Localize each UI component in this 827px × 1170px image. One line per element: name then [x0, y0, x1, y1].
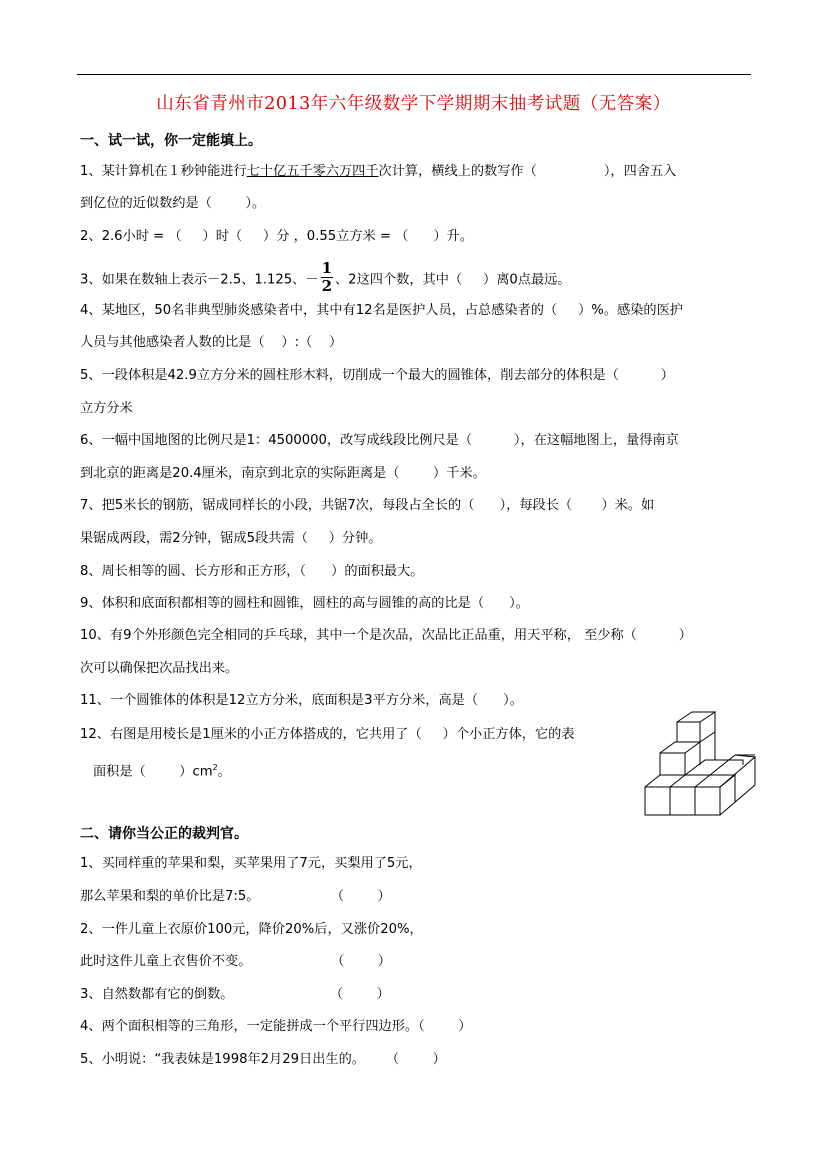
question-10-line-2: 次可以确保把次品找出来。 — [80, 661, 238, 677]
question-3: 3、如果在数轴上表示－2.5、1.125、－12、2这四个数，其中（ ）离0点最… — [80, 262, 571, 297]
page-title: 山东省青州市2013年六年级数学下学期期末抽考试题（无答案） — [0, 90, 827, 115]
judge-item-3: 3、自然数都有它的倒数。 （ ） — [80, 987, 390, 1003]
question-5-line-1: 5、一段体积是42.9立方分米的圆柱形木料，切削成一个最大的圆锥体，削去部分的体… — [80, 368, 674, 384]
question-4-line-1: 4、某地区，50名非典型肺炎感染者中，其中有12名是医护人员，占总感染者的（ ）… — [80, 303, 683, 319]
question-6-line-1: 6、一幅中国地图的比例尺是1：4500000，改写成线段比例尺是（ ），在这幅地… — [80, 433, 679, 449]
section2-heading: 二、请你当公正的裁判官。 — [80, 823, 248, 843]
question-9: 9、体积和底面积都相等的圆柱和圆锥，圆柱的高与圆锥的高的比是（ ）。 — [80, 596, 529, 612]
question-7-line-2: 果锯成两段，需2分钟，锯成5段共需（ ）分钟。 — [80, 531, 382, 547]
judge-item-4: 4、两个面积相等的三角形，一定能拼成一个平行四边形。（ ） — [80, 1019, 471, 1035]
question-6-line-2: 到北京的距离是20.4厘米，南京到北京的实际距离是（ ）千米。 — [80, 466, 486, 482]
judge-item-1-line-2: 那么苹果和梨的单价比是7:5。 （ ） — [80, 889, 391, 905]
section1-heading: 一、试一试，你一定能填上。 — [80, 130, 262, 150]
question-1-line-2: 到亿位的近似数约是（ ）。 — [80, 196, 265, 212]
judge-item-2-line-2: 此时这件儿童上衣售价不变。 （ ） — [80, 954, 391, 970]
fraction-one-half: 12 — [321, 260, 333, 295]
question-7-line-1: 7、把5米长的钢筋，锯成同样长的小段，共锯7次，每段占全长的（ ），每段长（ ）… — [80, 498, 654, 514]
underlined-number-text: 七十亿五千零六万四千 — [247, 164, 379, 179]
question-2: 2、2.6小时 = （ ）时（ ）分 ，0.55立方米 = （ ）升。 — [80, 229, 473, 245]
header-rule — [77, 74, 751, 75]
question-4-line-2: 人员与其他感染者人数的比是（ ）:（ ） — [80, 335, 342, 351]
question-11: 11、一个圆锥体的体积是12立方分米，底面积是3平方分米，高是（ ）。 — [80, 693, 523, 709]
stacked-cubes-figure — [640, 710, 765, 820]
judge-item-1-line-1: 1、买同样重的苹果和梨，买苹果用了7元，买梨用了5元， — [80, 856, 422, 872]
question-12-line-1: 12、右图是用棱长是1厘米的小正方体搭成的，它共用了（ ）个小正方体，它的表 — [80, 727, 575, 743]
judge-item-5: 5、小明说：“我表妹是1998年2月29日出生的。 （ ） — [80, 1052, 446, 1068]
judge-item-2-line-1: 2、一件儿童上衣原价100元，降价20%后，又涨价20%， — [80, 922, 423, 938]
question-8: 8、周长相等的圆、长方形和正方形，（ ）的面积最大。 — [80, 564, 423, 580]
question-5-line-2: 立方分米 — [80, 401, 133, 417]
question-1-line-1: 1、某计算机在１秒钟能进行七十亿五千零六万四千次计算，横线上的数写作（ ），四舍… — [80, 164, 676, 180]
question-10-line-1: 10、有9个外形颜色完全相同的乒乓球，其中一个是次品，次品比正品重，用天平称， … — [80, 628, 692, 644]
question-12-line-2: 面积是（ ）cm2。 — [93, 760, 231, 780]
